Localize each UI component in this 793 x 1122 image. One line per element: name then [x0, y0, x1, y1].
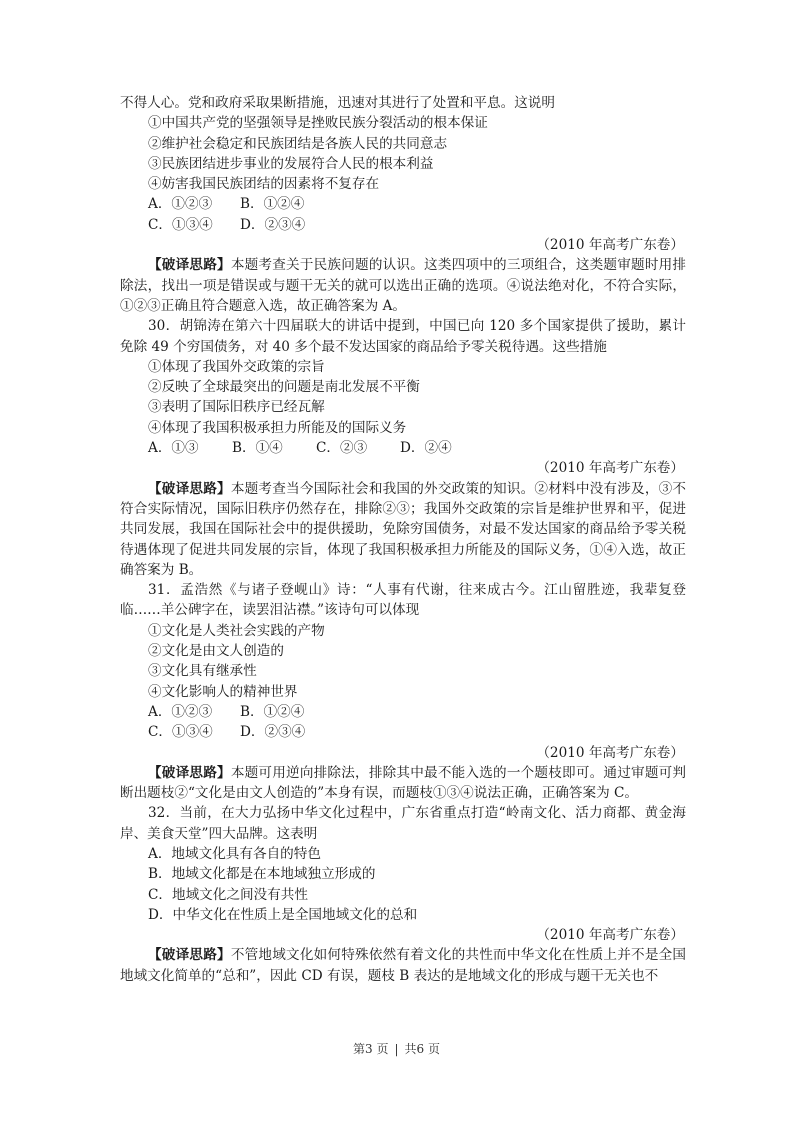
- choice-item: ②维护社会稳定和民族团结是各族人民的共同意志: [120, 134, 686, 154]
- answer-option: A．①③: [148, 438, 232, 458]
- choice-item: ④体现了我国积极承担力所能及的国际义务: [120, 418, 686, 438]
- choice-item: ④妨害我国民族团结的因素将不复存在: [120, 174, 686, 194]
- question-stem: 30．胡锦涛在第六十四届联大的讲话中提到，中国已向 120 多个国家提供了援助，…: [120, 316, 686, 357]
- question-source: （2010 年高考广东卷）: [120, 458, 686, 478]
- answer-option: A．地域文化具有各自的特色: [120, 844, 686, 864]
- question-source: （2010 年高考广东卷）: [120, 743, 686, 763]
- choice-item: ③文化具有继承性: [120, 661, 686, 681]
- analysis-paragraph: 【破译思路】本题可用逆向排除法，排除其中最不能入选的一个题枝即可。通过审题可判断…: [120, 763, 686, 804]
- question-source: （2010 年高考广东卷）: [120, 235, 686, 255]
- answer-option: B．①④: [232, 438, 316, 458]
- analysis-paragraph: 【破译思路】不管地域文化如何特殊依然有着文化的共性而中华文化在性质上并不是全国地…: [120, 945, 686, 986]
- choice-item: ①中国共产党的坚强领导是挫败民族分裂活动的根本保证: [120, 113, 686, 133]
- answer-option: A．①②③: [148, 702, 240, 722]
- answer-option: B．地域文化都是在本地域独立形成的: [120, 864, 686, 884]
- answer-option: A．①②③: [148, 194, 240, 214]
- analysis-tag: 【破译思路】: [148, 257, 231, 273]
- question-stem-continuation: 不得人心。党和政府采取果断措施，迅速对其进行了处置和平息。这说明: [120, 93, 686, 113]
- analysis-paragraph: 【破译思路】本题考查关于民族问题的认识。这类四项中的三项组合，这类题审题时用排除…: [120, 255, 686, 316]
- analysis-tag: 【破译思路】: [148, 765, 231, 781]
- choice-item: ②反映了全球最突出的问题是南北发展不平衡: [120, 377, 686, 397]
- answer-option: D．②④: [400, 438, 452, 458]
- answer-option: D．②③④: [240, 215, 305, 235]
- analysis-tag: 【破译思路】: [148, 947, 231, 963]
- choice-item: ①文化是人类社会实践的产物: [120, 621, 686, 641]
- answer-options-row: A．①②③B．①②④: [120, 194, 686, 214]
- answer-option: C．地域文化之间没有共性: [120, 885, 686, 905]
- footer-separator: |: [394, 1042, 398, 1056]
- question-stem: 31．孟浩然《与诸子登岘山》诗：“人事有代谢，往来成古今。江山留胜迹，我辈复登临…: [120, 580, 686, 621]
- page-number-total: 共6 页: [405, 1042, 440, 1056]
- choice-item: ③表明了国际旧秩序已经瓦解: [120, 397, 686, 417]
- answer-option: D．中华文化在性质上是全国地域文化的总和: [120, 905, 686, 925]
- answer-options-row: A．①③B．①④C．②③D．②④: [120, 438, 686, 458]
- answer-option: B．①②④: [240, 194, 304, 214]
- choice-item: ③民族团结进步事业的发展符合人民的根本利益: [120, 154, 686, 174]
- question-stem: 32．当前，在大力弘扬中华文化过程中，广东省重点打造“岭南文化、活力商都、黄金海…: [120, 803, 686, 844]
- answer-option: B．①②④: [240, 702, 304, 722]
- page-number-current: 第3 页: [353, 1042, 388, 1056]
- analysis-tag: 【破译思路】: [148, 481, 231, 497]
- choice-item: ②文化是由文人创造的: [120, 641, 686, 661]
- answer-options-row: A．①②③B．①②④: [120, 702, 686, 722]
- analysis-paragraph: 【破译思路】本题考查当今国际社会和我国的外交政策的知识。②材料中没有涉及，③不符…: [120, 479, 686, 580]
- choice-item: ①体现了我国外交政策的宗旨: [120, 357, 686, 377]
- answer-option: C．①③④: [148, 722, 240, 742]
- answer-option: C．②③: [316, 438, 400, 458]
- answer-options-row: C．①③④D．②③④: [120, 722, 686, 742]
- document-page: 不得人心。党和政府采取果断措施，迅速对其进行了处置和平息。这说明 ①中国共产党的…: [120, 93, 686, 986]
- question-source: （2010 年高考广东卷）: [120, 925, 686, 945]
- choice-item: ④文化影响人的精神世界: [120, 682, 686, 702]
- page-footer: 第3 页|共6 页: [0, 1040, 793, 1057]
- answer-option: C．①③④: [148, 215, 240, 235]
- answer-option: D．②③④: [240, 722, 305, 742]
- answer-options-row: C．①③④D．②③④: [120, 215, 686, 235]
